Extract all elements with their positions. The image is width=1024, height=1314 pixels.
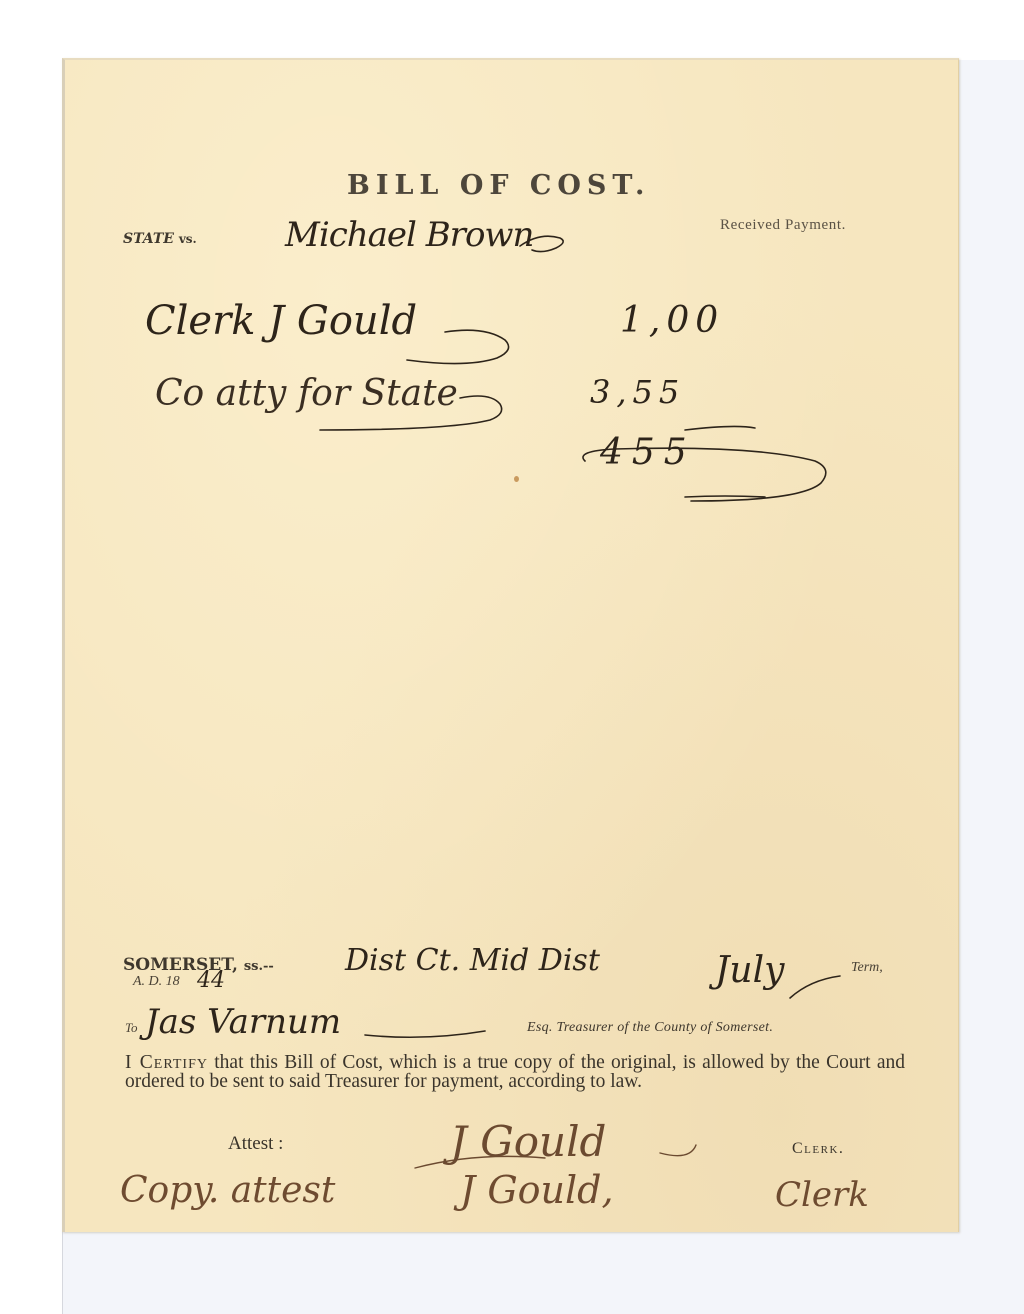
vs-label: vs. xyxy=(179,232,197,246)
treasurer-name-handwritten: Jas Varnum xyxy=(145,1002,341,1042)
term-label: Term, xyxy=(851,960,883,976)
cost-item-label: Clerk J Gould xyxy=(145,298,417,344)
received-payment-label: Received Payment. xyxy=(720,217,846,234)
copy-attest-title: Clerk xyxy=(775,1175,869,1215)
to-label: To xyxy=(125,1020,138,1036)
certify-lead: I Certify xyxy=(125,1052,208,1073)
cost-item-label: Co atty for State xyxy=(155,373,458,414)
bill-of-cost-document: BILL OF COST. Received Payment. STATE vs… xyxy=(62,58,959,1232)
clerk-label: Clerk. xyxy=(792,1140,844,1158)
total-amount: 455 xyxy=(600,432,696,473)
copy-attest-signature: J Gould, xyxy=(460,1168,614,1212)
clerk-signature: J Gould xyxy=(450,1117,606,1166)
cost-item-amount: 3,55 xyxy=(590,373,685,411)
copy-attest-phrase: Copy. attest xyxy=(120,1170,335,1211)
state-label: STATE xyxy=(123,231,174,247)
cost-item-amount: 1,00 xyxy=(620,300,724,341)
attest-label: Attest : xyxy=(228,1133,283,1155)
defendant-name: Michael Brown xyxy=(285,215,533,255)
court-handwritten: Dist Ct. Mid Dist xyxy=(345,943,600,978)
document-title: BILL OF COST. xyxy=(347,170,650,201)
ss-label: ss.-- xyxy=(244,959,274,974)
certification-paragraph: I Certify that this Bill of Cost, which … xyxy=(125,1053,905,1091)
term-month-handwritten: July xyxy=(715,950,784,991)
ink-spot xyxy=(514,476,519,482)
treasurer-title: Esq. Treasurer of the County of Somerset… xyxy=(527,1020,773,1036)
anno-domini-label: A. D. 18 xyxy=(133,974,180,990)
certify-text: that this Bill of Cost, which is a true … xyxy=(125,1052,905,1092)
case-caption: STATE vs. xyxy=(123,231,197,247)
year-handwritten: 44 xyxy=(197,968,225,993)
